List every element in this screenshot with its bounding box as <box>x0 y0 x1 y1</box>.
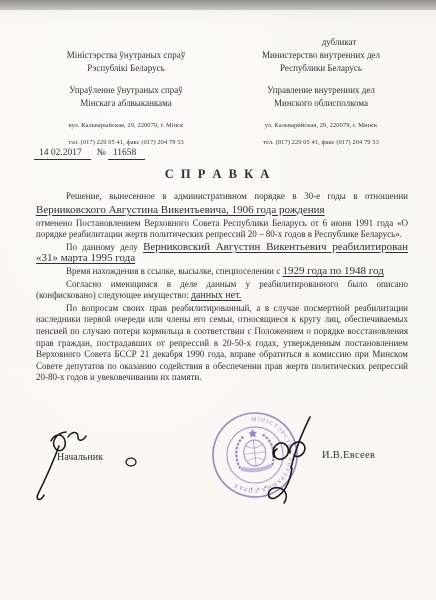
address-by: вул. Кальварыйская, 29, 220079, г. Мінск <box>36 121 216 130</box>
header-gap <box>228 75 414 84</box>
paragraph5: По вопросам своих прав реабилитированный… <box>36 303 408 384</box>
department-name-by-line1: Упраўленне ўнутраных спраў <box>36 84 216 97</box>
header-gap <box>36 75 216 84</box>
phone-ru: тел. (017) 229 05 41, факс (017) 204 79 … <box>228 138 414 147</box>
signer-name: И.В.Евсеев <box>322 450 375 461</box>
header-spacer <box>36 36 216 49</box>
paragraph3: Время нахождения в ссылке, высылке, спец… <box>36 266 408 278</box>
ministry-name-by-line2: Рэспублікі Беларусь <box>36 62 216 75</box>
confiscated-property-value: данных нет. <box>191 290 241 301</box>
paragraph2-intro: По данному делу <box>66 242 143 252</box>
reference-line: 14 02.2017№11658 <box>34 148 145 158</box>
handwritten-signature-left <box>30 424 92 502</box>
signer-role-label: Начальник <box>57 452 103 463</box>
document-title: С П Р А В К А <box>0 167 436 182</box>
document-date: 14 02.2017 <box>34 148 91 160</box>
paragraph4: Согласно имеющимся в деле данным у реаби… <box>36 279 408 302</box>
paragraph1-rest: отменено Постановлением Верховного Совет… <box>36 218 408 241</box>
ministry-name-ru-line1: Министерство внутренних дел <box>228 49 414 62</box>
paragraph2: По данному делу Верниковский Августин Ви… <box>36 242 408 265</box>
department-name-by-line2: Мінскага аблвыканкама <box>36 97 216 110</box>
document-number: 11658 <box>108 148 145 160</box>
scanner-edge-strip <box>0 0 436 10</box>
address-ru: ул. Кальварийская, 29, 220079, г. Минск <box>228 121 414 130</box>
ink-circle-mark <box>124 456 138 468</box>
paragraph3-intro: Время нахождения в ссылке, высылке, спец… <box>66 266 282 276</box>
rehabilitated-person-name: Верниковского Августина Викентьевича, 19… <box>36 203 408 218</box>
scanned-certificate-page: Міністэрства ўнутраных спраў Рэспублікі … <box>0 0 436 600</box>
header-right-russian: дубликат Министерство внутренних дел Рес… <box>228 36 414 147</box>
exile-period: 1929 года по 1948 год <box>282 265 383 277</box>
document-body: Решение, вынесенное в административном п… <box>36 191 408 385</box>
phone-by: тэл. (017) 229 05 41, факс (017) 204 79 … <box>36 138 216 147</box>
paragraph1-intro: Решение, вынесенное в административном п… <box>36 191 408 203</box>
number-sign: № <box>97 148 106 158</box>
department-name-ru-line2: Минского облисполкома <box>228 97 414 110</box>
ministry-name-ru-line2: Республики Беларусь <box>228 62 414 75</box>
ministry-name-by-line1: Міністэрства ўнутраных спраў <box>36 49 216 62</box>
department-name-ru-line1: Управление внутренних дел <box>228 84 414 97</box>
handwritten-signature-right <box>264 413 322 507</box>
duplicate-label: дубликат <box>228 36 414 49</box>
header-left-belarusian: Міністэрства ўнутраных спраў Рэспублікі … <box>36 36 216 147</box>
